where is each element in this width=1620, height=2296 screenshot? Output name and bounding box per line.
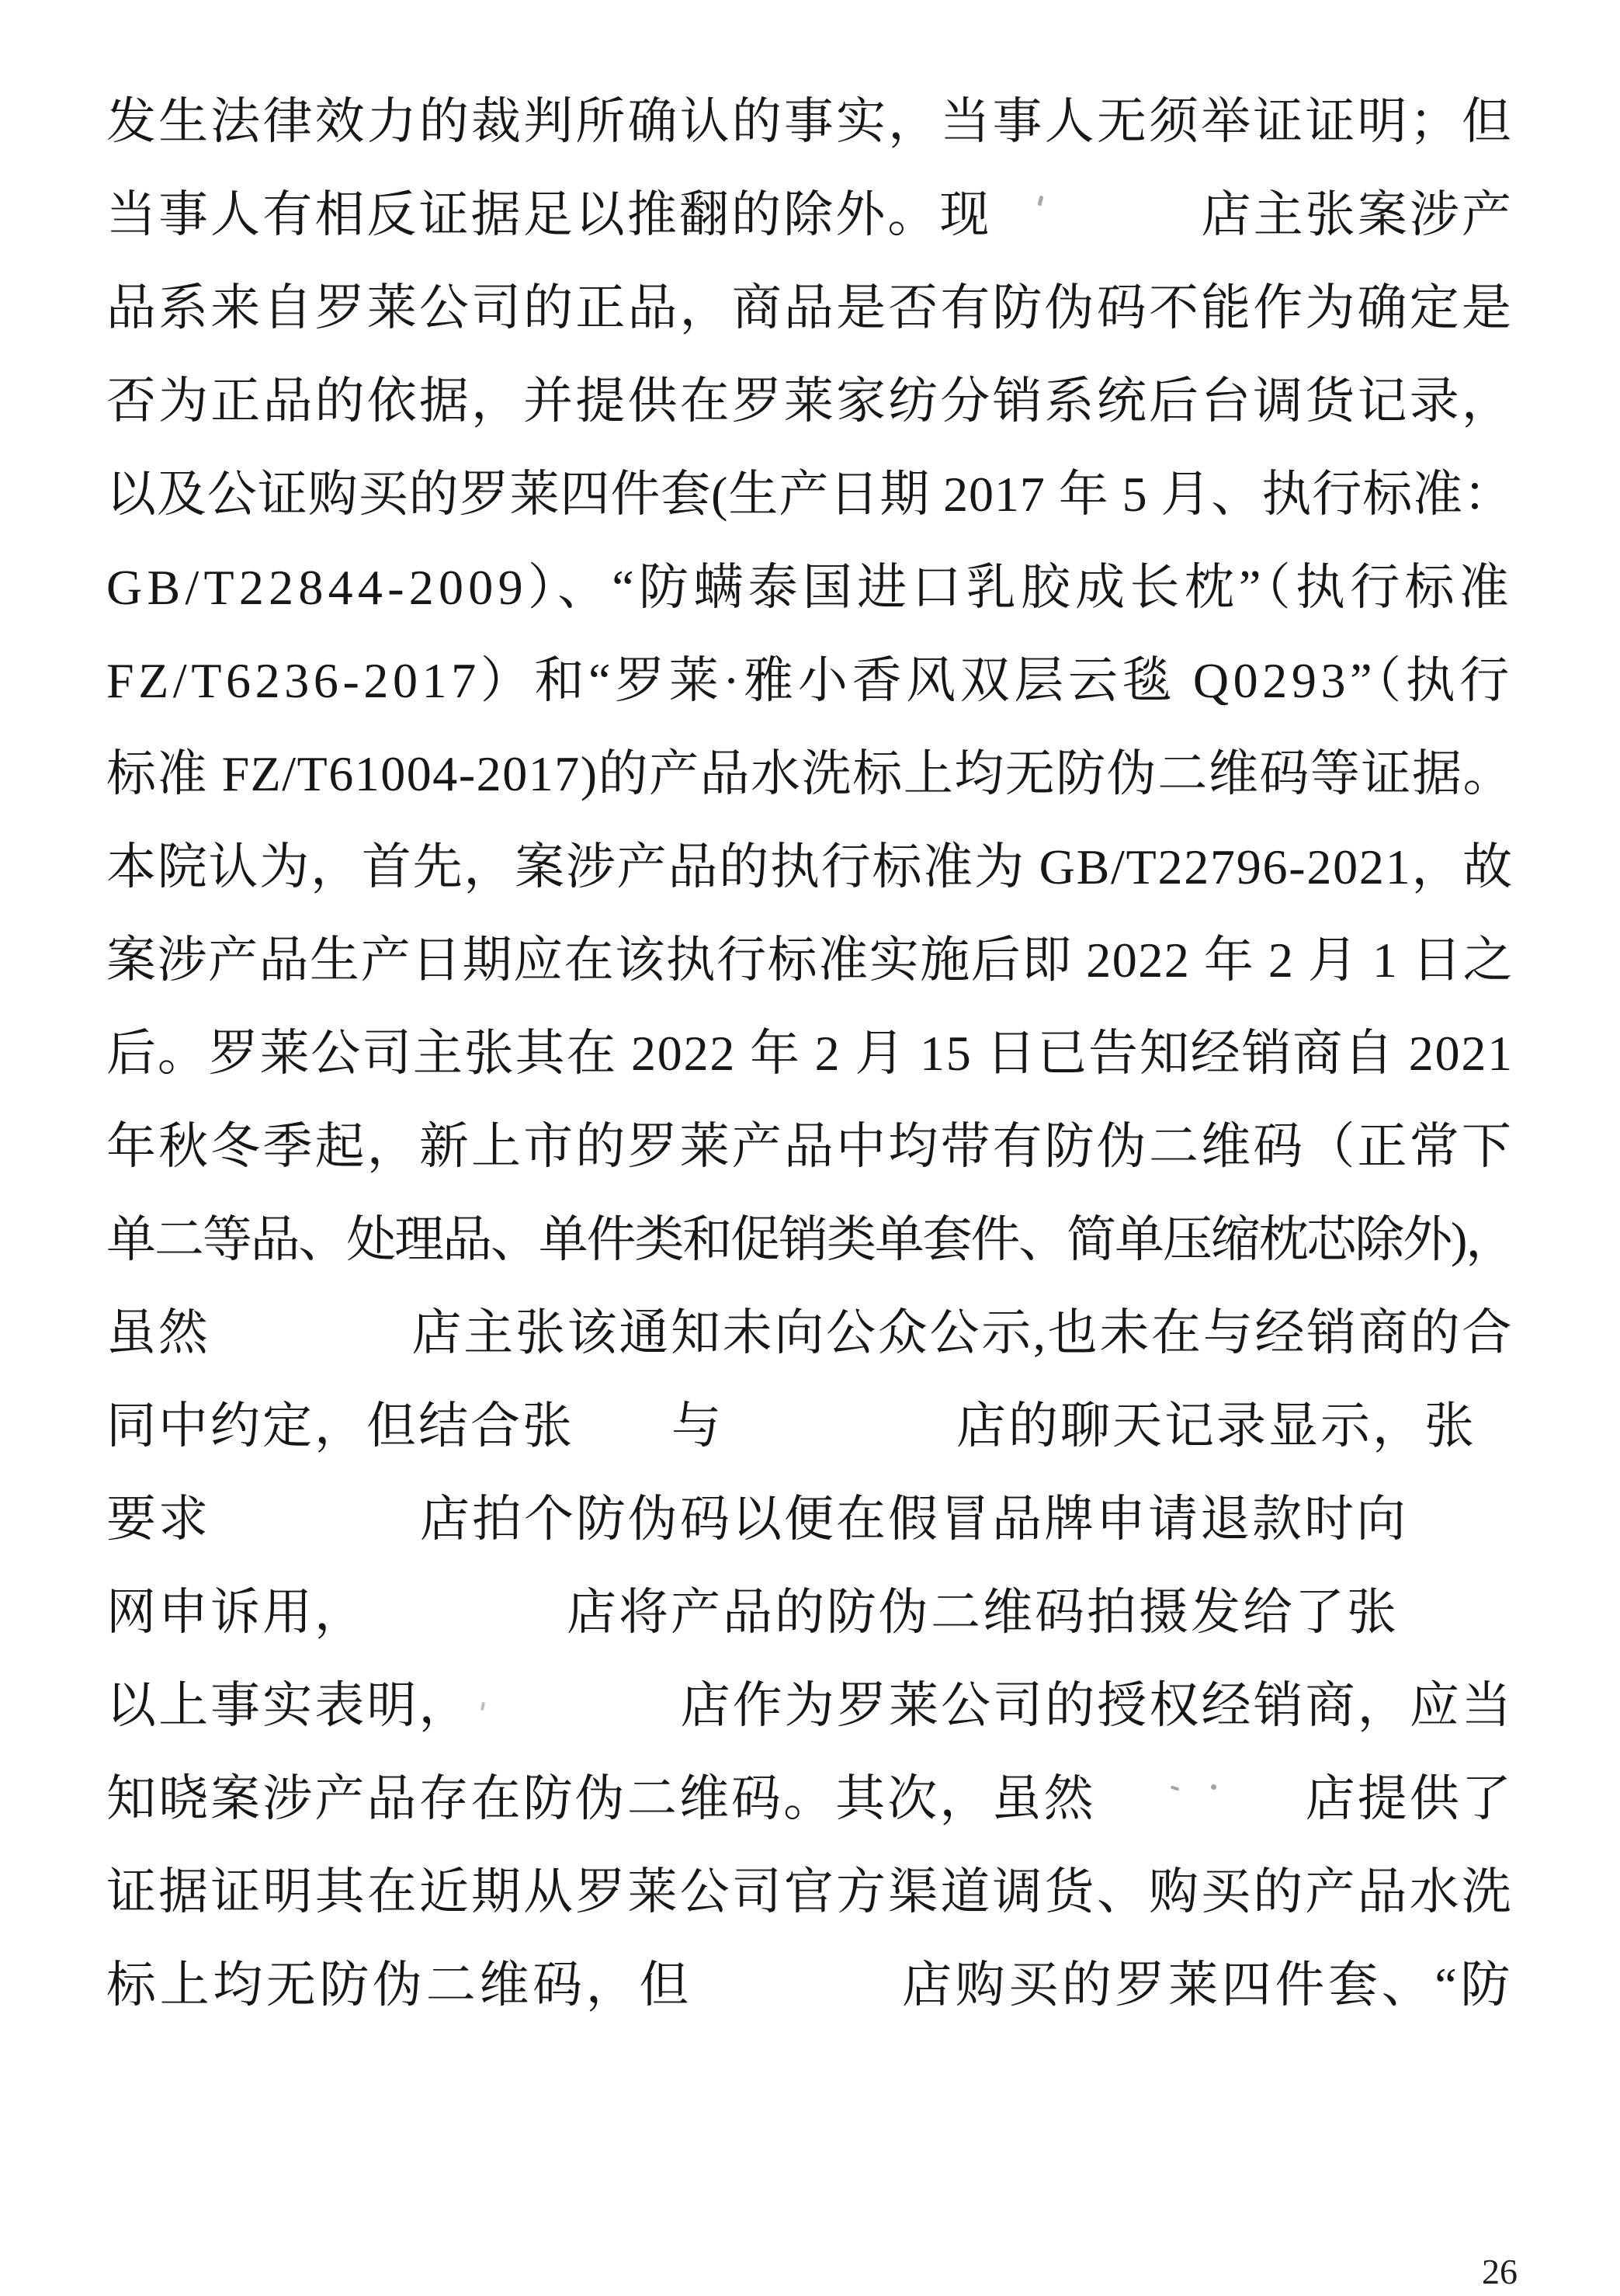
text-line: 案涉产品生产日期应在该执行标准实施后即 2022 年 2 月 1 日之 — [106, 914, 1514, 1007]
text-line: 标准 FZ/T61004-2017)的产品水洗标上均无防伪二维码等证据。 — [106, 728, 1514, 821]
text-segment: 案涉产品生产日期应在该执行标准实施后即 2022 年 2 月 1 日之 — [106, 933, 1514, 988]
text-segment: 以上事实表明， — [106, 1678, 471, 1733]
redaction-gap — [471, 1721, 681, 1722]
text-segment: 年秋冬季起，新上市的罗莱产品中均带有防伪二维码（正常下 — [106, 1119, 1514, 1174]
redaction-gap — [692, 2001, 902, 2002]
text-line: 本院认为，首先，案涉产品的执行标准为 GB/T22796-2021，故 — [106, 821, 1514, 914]
text-segment: 证据证明其在近期从罗莱公司官方渠道调货、购买的产品水洗 — [106, 1864, 1514, 1919]
text-line: 网申诉用，店将产品的防伪二维码拍摄发给了张 — [106, 1566, 1514, 1659]
text-line: 知晓案涉产品存在防伪二维码。其次，虽然店提供了 — [106, 1752, 1514, 1846]
text-segment: 同中约定，但结合张 — [106, 1398, 574, 1454]
redaction-gap — [210, 1349, 411, 1349]
text-line: 否为正品的依据，并提供在罗莱家纺分销系统后台调货记录， — [106, 355, 1514, 448]
text-segment: 知晓案涉产品存在防伪二维码。其次，虽然 — [106, 1771, 1096, 1826]
text-segment: 以及公证购买的罗莱四件套(生产日期 2017 年 5 月、执行标准： — [106, 467, 1514, 522]
text-line: 要求店拍个防伪码以便在假冒品牌申请退款时向 — [106, 1473, 1514, 1566]
text-line: 发生法律效力的裁判所确认的事实，当事人无须举证证明；但 — [106, 75, 1514, 168]
text-segment: 品系来自罗莱公司的正品，商品是否有防伪码不能作为确定是 — [106, 280, 1514, 335]
text-line: 品系来自罗莱公司的正品，商品是否有防伪码不能作为确定是 — [106, 262, 1514, 355]
text-segment: 后。罗莱公司主张其在 2022 年 2 月 15 日已告知经销商自 2021 — [106, 1026, 1514, 1081]
text-segment: 店主张该通知未向公众公示,也未在与经销商的合 — [411, 1305, 1514, 1360]
text-segment: 与 — [671, 1398, 723, 1454]
text-segment: 虽然 — [106, 1305, 210, 1360]
text-line: 年秋冬季起，新上市的罗莱产品中均带有防伪二维码（正常下 — [106, 1100, 1514, 1193]
text-line: 以及公证购买的罗莱四件套(生产日期 2017 年 5 月、执行标准： — [106, 448, 1514, 541]
text-segment: 店购买的罗莱四件套、“防 — [902, 1957, 1514, 2013]
text-line: 单二等品、处理品、单件类和促销类单套件、简单压缩枕芯除外)， — [106, 1193, 1514, 1287]
text-segment: 店作为罗莱公司的授权经销商，应当 — [681, 1678, 1514, 1733]
text-line: 证据证明其在近期从罗莱公司官方渠道调货、购买的产品水洗 — [106, 1846, 1514, 1939]
text-segment: 否为正品的依据，并提供在罗莱家纺分销系统后台调货记录， — [106, 373, 1514, 429]
text-line: GB/T22844-2009）、“防螨泰国进口乳胶成长枕”（执行标准 — [106, 541, 1514, 634]
text-segment: 当事人有相反证据足以推翻的除外。现 — [106, 187, 991, 242]
redaction-gap — [1096, 1815, 1306, 1815]
text-segment: 本院认为，首先，案涉产品的执行标准为 GB/T22796-2021，故 — [106, 839, 1514, 894]
text-segment: 店的聊天记录显示，张 — [956, 1398, 1476, 1454]
text-line: 标上均无防伪二维码，但店购买的罗莱四件套、“防 — [106, 1939, 1514, 2032]
text-segment: 店拍个防伪码以便在假冒品牌申请退款时向 — [420, 1492, 1408, 1547]
text-segment: 单二等品、处理品、单件类和促销类单套件、简单压缩枕芯除外)， — [106, 1212, 1514, 1267]
text-segment: 网申诉用， — [106, 1585, 366, 1640]
redaction-gap — [574, 1442, 671, 1443]
scan-speck — [1211, 1784, 1216, 1790]
text-segment: 标准 FZ/T61004-2017)的产品水洗标上均无防伪二维码等证据。 — [106, 746, 1514, 801]
redaction-gap — [723, 1442, 956, 1443]
text-segment: GB/T22844-2009）、“防螨泰国进口乳胶成长枕”（执行标准 — [106, 560, 1514, 615]
text-line: 同中约定，但结合张与店的聊天记录显示，张 — [106, 1380, 1514, 1473]
text-line: 当事人有相反证据足以推翻的除外。现店主张案涉产 — [106, 168, 1514, 262]
redaction-gap — [991, 231, 1201, 231]
text-segment: 店提供了 — [1306, 1771, 1514, 1826]
text-segment: 标上均无防伪二维码，但 — [106, 1957, 692, 2013]
text-line: 虽然店主张该通知未向公众公示,也未在与经销商的合 — [106, 1287, 1514, 1380]
text-line: 以上事实表明，店作为罗莱公司的授权经销商，应当 — [106, 1659, 1514, 1752]
judgment-text-block: 发生法律效力的裁判所确认的事实，当事人无须举证证明；但当事人有相反证据足以推翻的… — [106, 75, 1514, 2032]
text-segment: 要求 — [106, 1492, 210, 1547]
text-segment: FZ/T6236-2017）和“罗莱·雅小香风双层云毯 Q0293”（执行 — [106, 653, 1514, 708]
document-page: 发生法律效力的裁判所确认的事实，当事人无须举证证明；但当事人有相反证据足以推翻的… — [0, 0, 1620, 2296]
text-segment: 发生法律效力的裁判所确认的事实，当事人无须举证证明；但 — [106, 94, 1514, 149]
text-line: FZ/T6236-2017）和“罗莱·雅小香风双层云毯 Q0293”（执行 — [106, 634, 1514, 728]
text-segment: 店主张案涉产 — [1201, 187, 1514, 242]
text-segment: 店将产品的防伪二维码拍摄发给了张 — [567, 1585, 1399, 1640]
redaction-gap — [366, 1628, 567, 1629]
redaction-gap — [210, 1535, 420, 1536]
text-line: 后。罗莱公司主张其在 2022 年 2 月 15 日已告知经销商自 2021 — [106, 1007, 1514, 1100]
page-number: 26 — [1482, 2250, 1518, 2294]
